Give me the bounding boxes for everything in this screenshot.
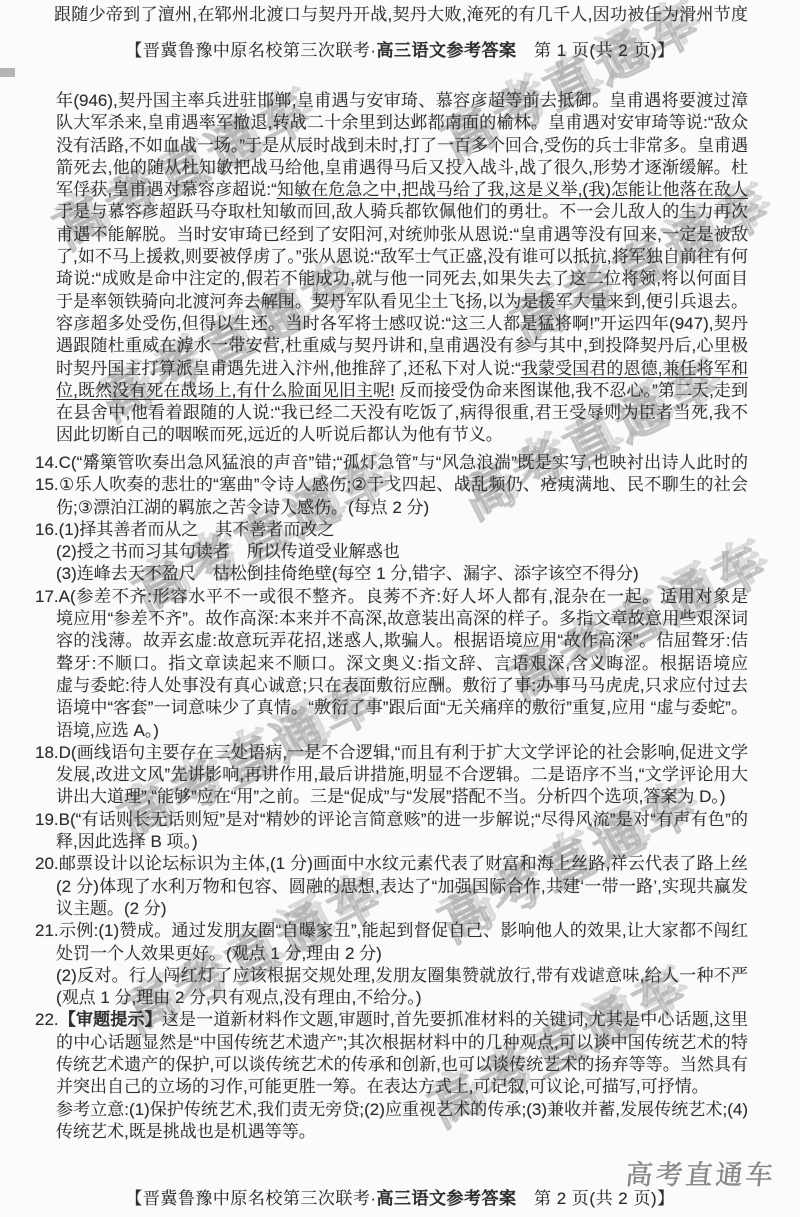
answer-line: 18.D(画线语句主要存在三处语病,一是不合逻辑,“而且有利于扩大文学评论的社会… — [35, 742, 748, 764]
answer-line: 容的浅薄。故弄玄虚:故意玩弄花招,迷惑人,欺骗人。根据语境应用“故作高深”。佶屈… — [56, 630, 748, 652]
answer-line: 伤;③漂泊江湖的羁旅之苦令诗人感伤。(每点 2 分) — [56, 497, 748, 519]
answer-line: 语境中“客套”一词意味少了真情。“敷衍了事”跟后面“无关痛痒的敷衍”重复,应用 … — [56, 697, 748, 719]
translation-paragraph: 年(946),契丹国主率兵进驻邯郸,皇甫遇与安审琦、慕容彦超等前去抵御。皇甫遇将… — [56, 90, 748, 447]
answer-line: 讲出大道理”,“能够”应在“用”之前。三是“促成”与“发展”搭配不当。分析四个选… — [56, 786, 748, 808]
footer-page-number: 第 2 页(共 2 页)】 — [517, 1189, 675, 1208]
answer-line: 参考立意:(1)保护传统艺术,我们责无旁贷;(2)应重视艺术的传承;(3)兼收并… — [56, 1099, 748, 1121]
answer-line: (3)连峰去天不盈尺 枯松倒挂倚绝壁(每空 1 分,错字、漏字、添字该空不得分) — [56, 563, 748, 585]
answer-line: 17.A(参差不齐:形容水平不一或很不整齐。良莠不齐:好人坏人都有,混杂在一起。… — [35, 586, 748, 608]
translation-line: 于是与慕容彦超跃马夺取杜知敏而回,敌人骑兵都钦佩他们的勇壮。不一会儿敌人的生力再… — [56, 201, 748, 223]
translation-line: 因此切断自己的咽喉而死,远近的人听说后都认为他有节义。 — [56, 424, 748, 446]
translation-line: 年(946),契丹国主率兵进驻邯郸,皇甫遇与安审琦、慕容彦超等前去抵御。皇甫遇将… — [56, 90, 748, 112]
answer-line: 22.【审题提示】这是一道新材料作文题,审题时,首先要抓准材料的关键词,尤其是中… — [35, 1009, 748, 1031]
answer-line: 聱牙:不顺口。指文章读起来不顺口。深文奥义:指文辞、言语艰深,含义晦涩。根据语境… — [56, 653, 748, 675]
header-page-number: 第 1 页(共 2 页)】 — [517, 41, 675, 60]
answer-key-section: 14.C(“觱篥管吹奏出急风猛浪的声音”错;“孤灯急管”与“风急浪湍”既是实写,… — [56, 452, 748, 1143]
answer-line: 处罚一个人效果更好。(观点 1 分,理由 2 分) — [56, 943, 748, 965]
translation-line: 于是率领铁骑向北渡河奔去解围。契丹军队看见尘土飞扬,以为是援军大量来到,便引兵退… — [56, 291, 748, 313]
answer-line: 语境,应选 A。) — [56, 720, 748, 742]
answer-line: 发展,改进文风”先讲影响,再讲作用,最后讲措施,明显不合逻辑。二是语序不当,“文… — [56, 764, 748, 786]
translation-line: 甫遇不能解脱。当时安审琦已经到了安阳河,对统帅张从恩说:“皇甫遇等没有回来,一定… — [56, 224, 748, 246]
answer-line: (2 分)体现了水利万物和包容、圆融的思想,表达了“加强国际合作,共建‘一带一路… — [56, 876, 748, 898]
answer-line: 议主题。(2 分) — [56, 898, 748, 920]
translation-line: 没有活路,不如血战一场。”于是从辰时战到未时,打了一百多个回合,受伤的兵士非常多… — [56, 135, 748, 157]
answer-line: 传统艺术遗产的保护,可以谈传统艺术的传承和创新,也可以谈传统艺术的扬弃等等。当然… — [56, 1054, 748, 1076]
footer-exam-name: 【晋冀鲁豫中原名校第三次联考· — [125, 1189, 376, 1208]
text-line: 跟随少帝到了澶州,在郓州北渡口与契丹开战,契丹大败,淹死的有几千人,因功被任为滑… — [54, 4, 748, 26]
answer-line: 虚与委蛇:待人处事没有真心诚意;只在表面敷衍应酬。敷衍了事:办事马马虎虎,只求应… — [56, 675, 748, 697]
translation-line: 在县舍中,他看着跟随的人说:“我已经二天没有吃饭了,病得很重,君王受辱则为臣者当… — [56, 402, 748, 424]
page-footer: 【晋冀鲁豫中原名校第三次联考·高三语文参考答案 第 2 页(共 2 页)】 — [0, 1184, 800, 1209]
translation-line: 位,既然没有死在战场上,有什么脸面见旧主呢! 反而接受伪命来图谋他,我不忍心。”… — [56, 380, 748, 402]
translation-line: 容彦超多处受伤,但得以生还。当时各军将士感叹说:“这三人都是猛将啊!”开运四年(… — [56, 313, 748, 335]
translation-line: 琦说:“成败是命中注定的,假若不能成功,就与他一同死去,如果失去了这二位将领,将… — [56, 268, 748, 290]
answer-line: (2)反对。行人闯红灯了应该根据交规处理,发朋友圈集赞就放行,带有戏谑意味,给人… — [56, 965, 748, 987]
header-exam-name: 【晋冀鲁豫中原名校第三次联考· — [125, 41, 376, 60]
answer-line: 21.示例:(1)赞成。通过发朋友圈“自曝家丑”,能起到督促自己、影响他人的效果… — [35, 920, 748, 942]
scanned-answer-sheet-page: 高考直通车 高考直通车 高考直通车 高考直通车 高考直通车 高考直通车 高考直通… — [0, 0, 800, 1217]
scan-artifact-bar — [0, 68, 15, 77]
underlined-text: 位,既然没有死在战场上,有什么脸面见旧主呢! — [56, 381, 395, 400]
page-header: 【晋冀鲁豫中原名校第三次联考·高三语文参考答案 第 1 页(共 2 页)】 — [0, 36, 800, 61]
footer-title: 高三语文参考答案 — [377, 1189, 517, 1208]
answer-line: (2)授之书而习其句读者 所以传道受业解惑也 — [56, 541, 748, 563]
answer-line: 传统艺术,既是挑战也是机遇等等。 — [56, 1121, 748, 1143]
translation-line: 队大军杀来,皇甫遇率军撤退,转战二十余里到达邺都南面的榆林。皇甫遇对安审琦等说:… — [56, 112, 748, 134]
translation-line: 军俘获,皇甫遇对慕容彦超说:“知敏在危急之中,把战马给了我,这是义举,(我)怎能… — [56, 179, 748, 201]
translation-line: 遇跟随杜重威在滹水一带安营,杜重威与契丹讲和,皇甫遇没有参与其中,到投降契丹后,… — [56, 335, 748, 357]
answer-line: 19.B(“有话则长无话则短”是对“精妙的评论言简意赅”的进一步解说;“尽得风流… — [35, 809, 748, 831]
translation-line: 时契丹国主打算派皇甫遇先进入汴州,他推辞了,还私下对人说:“我蒙受国君的恩德,兼… — [56, 358, 748, 380]
answer-line: 并突出自己的立场的习作,可能更胜一筹。在表达方式上,可记叙,可议论,可描写,可抒… — [56, 1076, 748, 1098]
translation-line: 箭死去,他的随从杜知敏把战马给他,皇甫遇得马后又投入战斗,战了很久,形势才逐渐缓… — [56, 157, 748, 179]
answer-line: 的中心话题显然是“中国传统艺术遗产”;其次根据材料中的几种观点,可以谈中国传统艺… — [56, 1032, 748, 1054]
answer-line: 释,因此选择 B 项。) — [56, 831, 748, 853]
overflow-translation-line: 跟随少帝到了澶州,在郓州北渡口与契丹开战,契丹大败,淹死的有几千人,因功被任为滑… — [54, 4, 748, 26]
answer-line: 16.(1)择其善者而从之 其不善者而改之 — [35, 519, 748, 541]
translation-line: 了,如不马上援救,则要被俘虏了。”张从恩说:“敌军士气正盛,没有谁可以抵抗,将军… — [56, 246, 748, 268]
answer-line: 14.C(“觱篥管吹奏出急风猛浪的声音”错;“孤灯急管”与“风急浪湍”既是实写,… — [35, 452, 748, 474]
header-title: 高三语文参考答案 — [377, 41, 517, 60]
answer-line: 境应用“参差不齐”。故作高深:本来并不高深,故意装出高深的样子。多指文章故意用些… — [56, 608, 748, 630]
answer-line: 20.邮票设计以论坛标识为主体,(1 分)画面中水纹元素代表了财富和海上丝路,祥… — [35, 853, 748, 875]
answer-line: (观点 1 分,理由 2 分,只有观点,没有理由,不给分。) — [56, 987, 748, 1009]
answer-line: 15.①乐人吹奏的悲壮的“塞曲”令诗人感伤;②干戈四起、战乱频仍、疮痍满地、民不… — [35, 474, 748, 496]
